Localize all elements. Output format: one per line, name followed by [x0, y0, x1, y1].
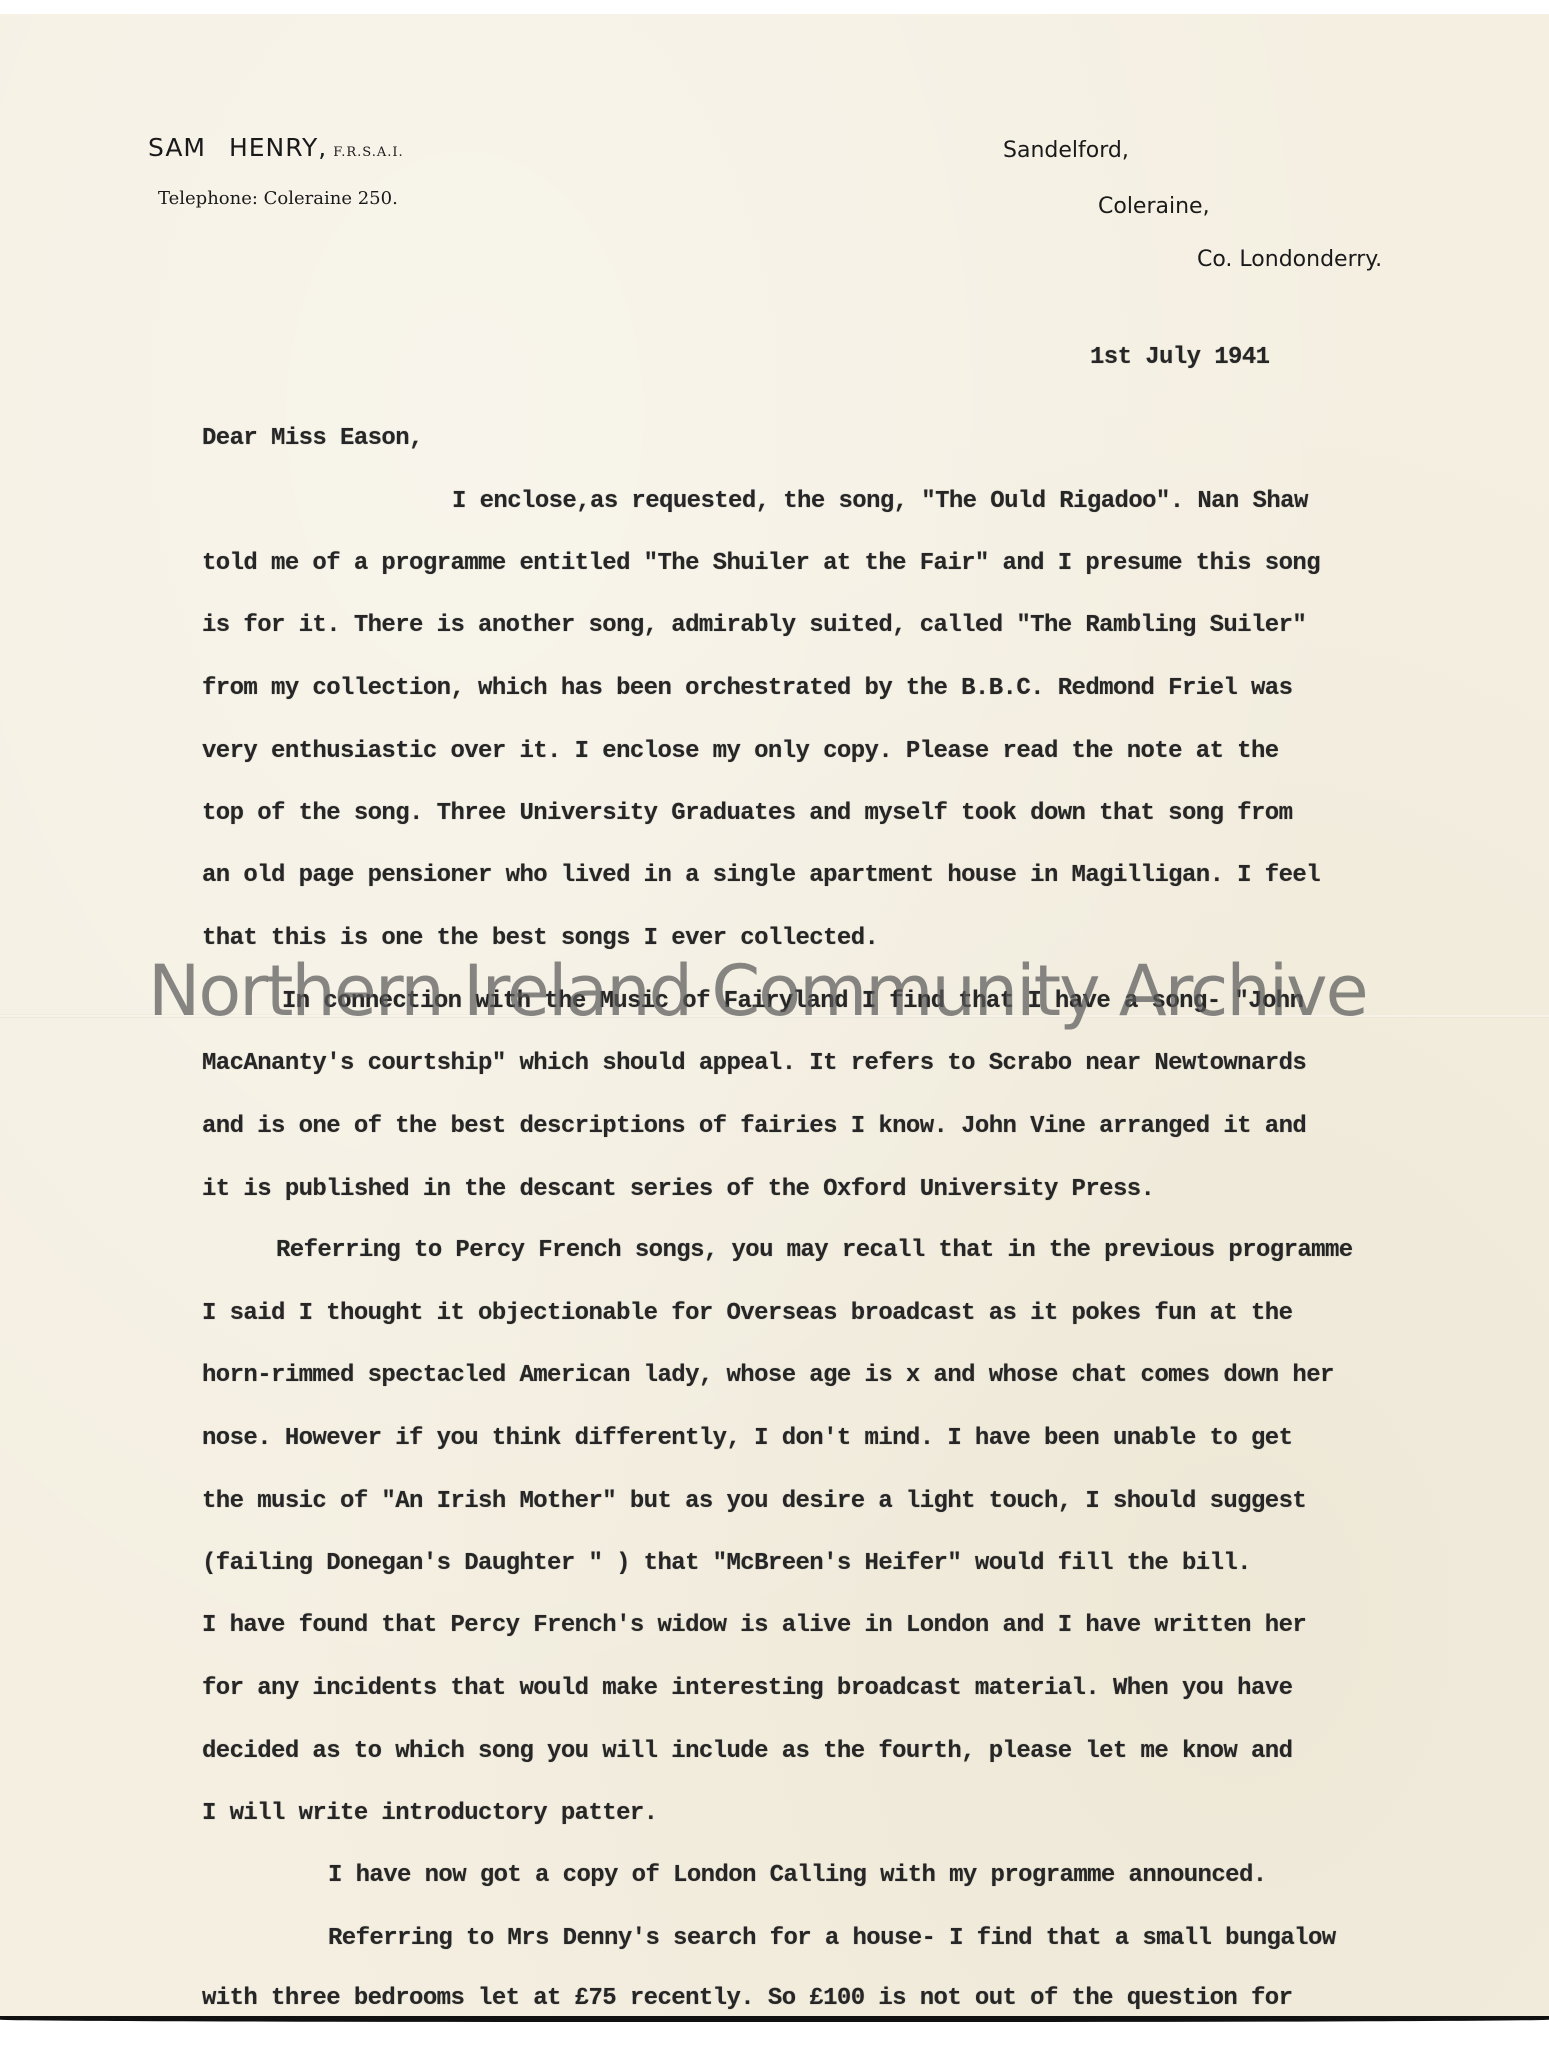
letter-line: I have now got a copy of London Calling … — [328, 1862, 1267, 1889]
letterhead-name: SAM HENRY,F.R.S.A.I. — [148, 133, 404, 162]
letter-line: I enclose,as requested, the song, "The O… — [452, 488, 1308, 515]
letter-line: the music of "An Irish Mother" but as yo… — [202, 1488, 1306, 1515]
letter-line: is for it. There is another song, admira… — [202, 612, 1306, 639]
address-line-1: Sandelford, — [1003, 138, 1129, 163]
letter-line: an old page pensioner who lived in a sin… — [202, 862, 1320, 889]
letter-line: top of the song. Three University Gradua… — [202, 800, 1292, 827]
letter-line: that this is one the best songs I ever c… — [202, 925, 878, 952]
letter-line: MacAnanty's courtship" which should appe… — [202, 1050, 1306, 1077]
letter-line: from my collection, which has been orche… — [202, 675, 1292, 702]
letter-line: I will write introductory patter. — [202, 1800, 657, 1827]
page-torn-edge — [0, 2016, 1549, 2022]
address-line-3: Co. Londonderry. — [1197, 247, 1382, 272]
letter-line: Referring to Mrs Denny's search for a ho… — [328, 1925, 1336, 1952]
letter-line: nose. However if you think differently, … — [202, 1425, 1292, 1452]
salutation: Dear Miss Eason, — [202, 425, 423, 452]
address-line-2: Coleraine, — [1098, 194, 1210, 219]
letter-line: very enthusiastic over it. I enclose my … — [202, 738, 1279, 765]
letter-line: I said I thought it objectionable for Ov… — [202, 1300, 1292, 1327]
letter-line: told me of a programme entitled "The Shu… — [202, 550, 1320, 577]
letter-line: Referring to Percy French songs, you may… — [276, 1237, 1353, 1264]
letterhead-telephone: Telephone: Coleraine 250. — [158, 188, 398, 209]
letter-line: for any incidents that would make intere… — [202, 1675, 1292, 1702]
letter-line: it is published in the descant series of… — [202, 1176, 1154, 1203]
letter-line: (failing Donegan's Daughter " ) that "Mc… — [202, 1550, 1251, 1577]
letter-line: decided as to which song you will includ… — [202, 1738, 1292, 1765]
letter-line: and is one of the best descriptions of f… — [202, 1113, 1306, 1140]
archive-watermark: Northern Ireland Community Archive — [148, 950, 1367, 1032]
letter-line: horn-rimmed spectacled American lady, wh… — [202, 1362, 1334, 1389]
letterhead-qualifications: F.R.S.A.I. — [333, 145, 403, 160]
letter-line: I have found that Percy French's widow i… — [202, 1612, 1306, 1639]
letter-date: 1st July 1941 — [1090, 344, 1269, 371]
letter-line: with three bedrooms let at £75 recently.… — [202, 1985, 1292, 2012]
